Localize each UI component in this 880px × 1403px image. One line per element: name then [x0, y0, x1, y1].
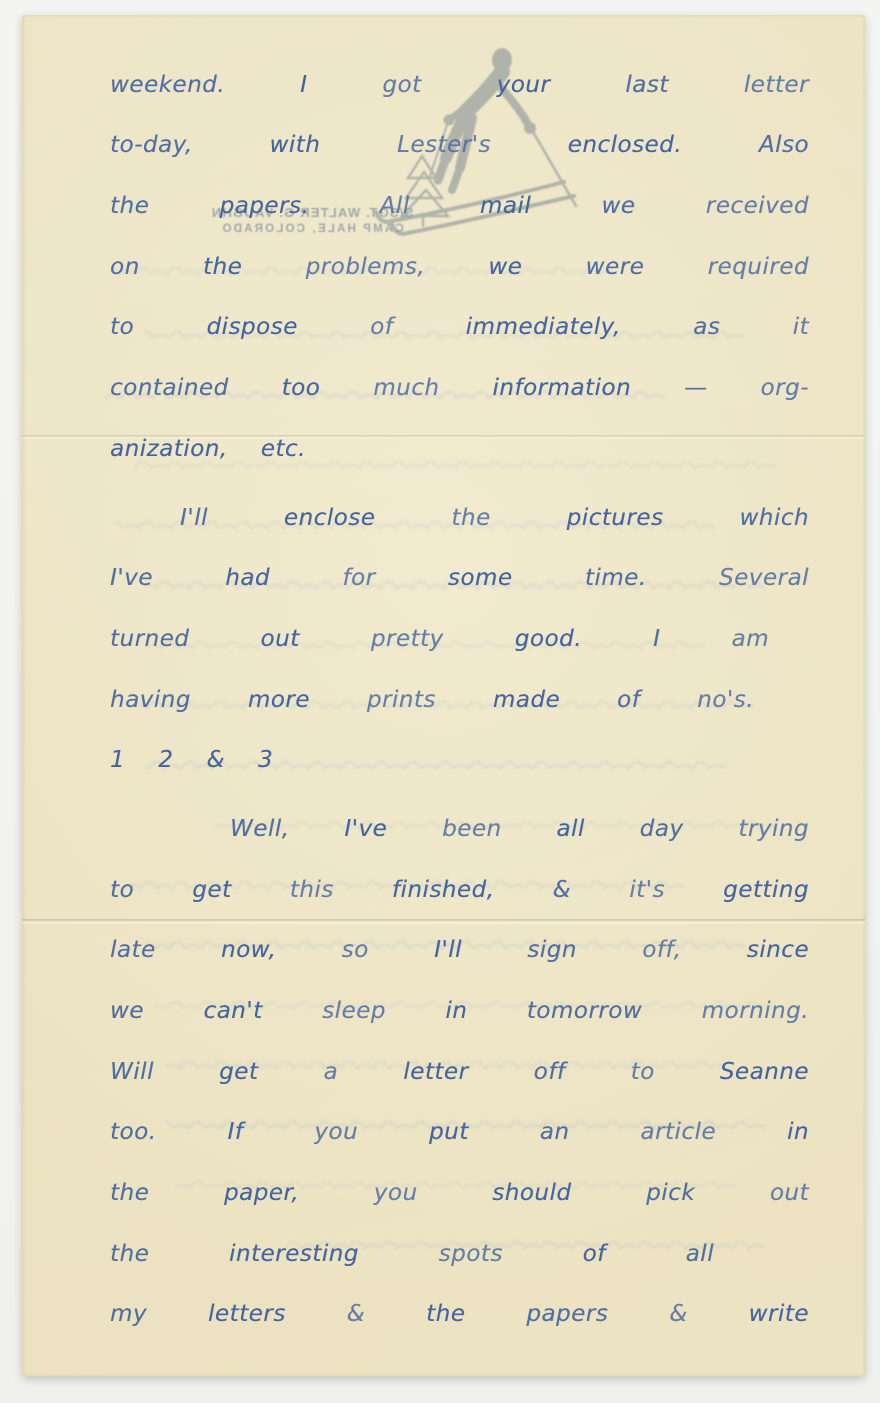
- word: morning.: [702, 998, 809, 1024]
- word: I: [653, 626, 660, 652]
- word: in: [787, 1119, 809, 1145]
- word: enclose: [284, 505, 375, 531]
- word: to: [631, 1059, 655, 1085]
- word: to-day,: [110, 132, 193, 158]
- word: I: [300, 72, 307, 98]
- handwritten-line: thepaper,youshouldpickout: [110, 1155, 809, 1216]
- word: you: [314, 1119, 358, 1145]
- word: papers.: [220, 193, 310, 219]
- word: turned: [110, 626, 189, 652]
- word: get: [219, 1059, 258, 1085]
- word: some: [448, 565, 513, 591]
- word: had: [225, 565, 270, 591]
- word: good.: [515, 626, 582, 652]
- word: late: [110, 937, 156, 963]
- word: pictures: [567, 505, 664, 531]
- word: an: [540, 1119, 570, 1145]
- word: received: [706, 193, 809, 219]
- word: out: [770, 1180, 809, 1206]
- word: &: [669, 1301, 687, 1327]
- word: much: [373, 375, 439, 401]
- handwritten-line: theinterestingspotsofall: [110, 1216, 809, 1277]
- word: the: [426, 1301, 465, 1327]
- handwritten-line: 1 2 & 3: [110, 723, 809, 784]
- word: article: [640, 1119, 716, 1145]
- word: got: [382, 72, 421, 98]
- word: the: [110, 193, 149, 219]
- word: of: [617, 687, 640, 713]
- word: last: [625, 72, 669, 98]
- word: of: [583, 1241, 606, 1267]
- word: time.: [585, 565, 647, 591]
- word: All: [380, 193, 410, 219]
- word: to: [110, 314, 134, 340]
- word: out: [261, 626, 300, 652]
- word: prints: [367, 687, 436, 713]
- word: you: [374, 1180, 418, 1206]
- word: made: [493, 687, 560, 713]
- word: trying: [738, 816, 809, 842]
- word: all: [686, 1241, 714, 1267]
- word: information: [492, 375, 631, 401]
- word: on: [110, 254, 140, 280]
- word: mail: [480, 193, 531, 219]
- word: sleep: [322, 998, 386, 1024]
- word: all: [556, 816, 584, 842]
- word: Will: [110, 1059, 154, 1085]
- word: with: [269, 132, 320, 158]
- word: tomorrow: [527, 998, 642, 1024]
- word: day: [640, 816, 684, 842]
- word: this: [290, 877, 334, 903]
- word: letter: [744, 72, 809, 98]
- word: my: [110, 1301, 147, 1327]
- handwritten-line: todisposeofimmediately,asit: [110, 290, 809, 351]
- word: sign: [527, 937, 577, 963]
- word: Also: [759, 132, 809, 158]
- word: papers: [526, 1301, 608, 1327]
- word: I've: [110, 565, 153, 591]
- handwritten-line: too.Ifyouputanarticlein: [110, 1095, 809, 1156]
- word: Several: [719, 565, 809, 591]
- word: I'll: [434, 937, 462, 963]
- word: getting: [723, 877, 809, 903]
- word: off: [534, 1059, 566, 1085]
- word: org-: [761, 375, 809, 401]
- word: enclosed.: [568, 132, 682, 158]
- word: were: [586, 254, 645, 280]
- word: of: [370, 314, 393, 340]
- word: &: [553, 877, 571, 903]
- word: to: [110, 877, 134, 903]
- letter-body: weekend.Igotyourlastletterto-day,withLes…: [110, 47, 809, 1337]
- handwritten-line: ontheproblems,wewererequired: [110, 229, 809, 290]
- word: too.: [110, 1119, 156, 1145]
- word: can't: [203, 998, 262, 1024]
- handwritten-line: wecan'tsleepintomorrowmorning.: [110, 973, 809, 1034]
- word: your: [497, 72, 551, 98]
- word: interesting: [229, 1241, 359, 1267]
- word: too: [282, 375, 321, 401]
- handwritten-line: containedtoomuchinformation—org-: [110, 350, 809, 411]
- word: pick: [646, 1180, 695, 1206]
- handwritten-line: havingmoreprintsmadeofno's.: [110, 662, 809, 723]
- word: Well,: [230, 816, 289, 842]
- word: no's.: [697, 687, 754, 713]
- word: so: [342, 937, 369, 963]
- word: been: [442, 816, 501, 842]
- word: off,: [642, 937, 681, 963]
- handwritten-line: I'vehadforsometime.Several: [110, 541, 809, 602]
- word: since: [747, 937, 809, 963]
- word: a: [324, 1059, 339, 1085]
- word: dispose: [206, 314, 297, 340]
- word: spots: [439, 1241, 503, 1267]
- word: should: [492, 1180, 571, 1206]
- word: problems,: [306, 254, 425, 280]
- word: weekend.: [110, 72, 225, 98]
- word: paper,: [224, 1180, 299, 1206]
- word: it: [793, 314, 809, 340]
- word: the: [110, 1241, 149, 1267]
- word: finished,: [392, 877, 495, 903]
- handwritten-line: I'llenclosethepictureswhich: [110, 480, 809, 541]
- handwritten-line: weekend.Igotyourlastletter: [110, 47, 809, 108]
- word: —: [684, 375, 708, 401]
- handwritten-line: thepapers.Allmailwereceived: [110, 168, 809, 229]
- word: having: [110, 687, 191, 713]
- word: it's: [629, 877, 665, 903]
- word: I'll: [180, 505, 208, 531]
- word: am: [732, 626, 770, 652]
- word: Seanne: [720, 1059, 809, 1085]
- handwritten-line: latenow,soI'llsignoff,since: [110, 913, 809, 974]
- handwritten-line: anization, etc.: [110, 411, 809, 472]
- handwritten-line: togetthisfinished,&it'sgetting: [110, 852, 809, 913]
- word: If: [227, 1119, 243, 1145]
- word: we: [110, 998, 144, 1024]
- word: now,: [221, 937, 276, 963]
- scan-background: S/SGT. WALTER G. VAUGHN CAMP HALE, COLOR…: [0, 0, 880, 1403]
- word: put: [429, 1119, 469, 1145]
- word: required: [708, 254, 809, 280]
- word: letter: [403, 1059, 468, 1085]
- word: I've: [344, 816, 387, 842]
- handwritten-line: Well,I'vebeenalldaytrying: [110, 791, 809, 852]
- word: Lester's: [397, 132, 491, 158]
- handwritten-line: turnedoutprettygood.Iam: [110, 601, 809, 662]
- letter-paper: S/SGT. WALTER G. VAUGHN CAMP HALE, COLOR…: [22, 15, 865, 1376]
- word: which: [739, 505, 809, 531]
- word: we: [602, 193, 636, 219]
- word: as: [693, 314, 720, 340]
- word: pretty: [371, 626, 444, 652]
- word: the: [110, 1180, 149, 1206]
- handwritten-line: WillgetaletterofftoSeanne: [110, 1034, 809, 1095]
- word: the: [203, 254, 242, 280]
- word: more: [248, 687, 310, 713]
- handwritten-line: myletters&thepapers&write: [110, 1277, 809, 1338]
- word: immediately,: [466, 314, 621, 340]
- word: in: [445, 998, 467, 1024]
- word: we: [488, 254, 522, 280]
- word: letters: [208, 1301, 286, 1327]
- word: contained: [110, 375, 229, 401]
- word: for: [342, 565, 375, 591]
- handwritten-line: to-day,withLester'senclosed.Also: [110, 108, 809, 169]
- word: &: [347, 1301, 365, 1327]
- word: the: [451, 505, 490, 531]
- word: get: [192, 877, 231, 903]
- word: write: [749, 1301, 809, 1327]
